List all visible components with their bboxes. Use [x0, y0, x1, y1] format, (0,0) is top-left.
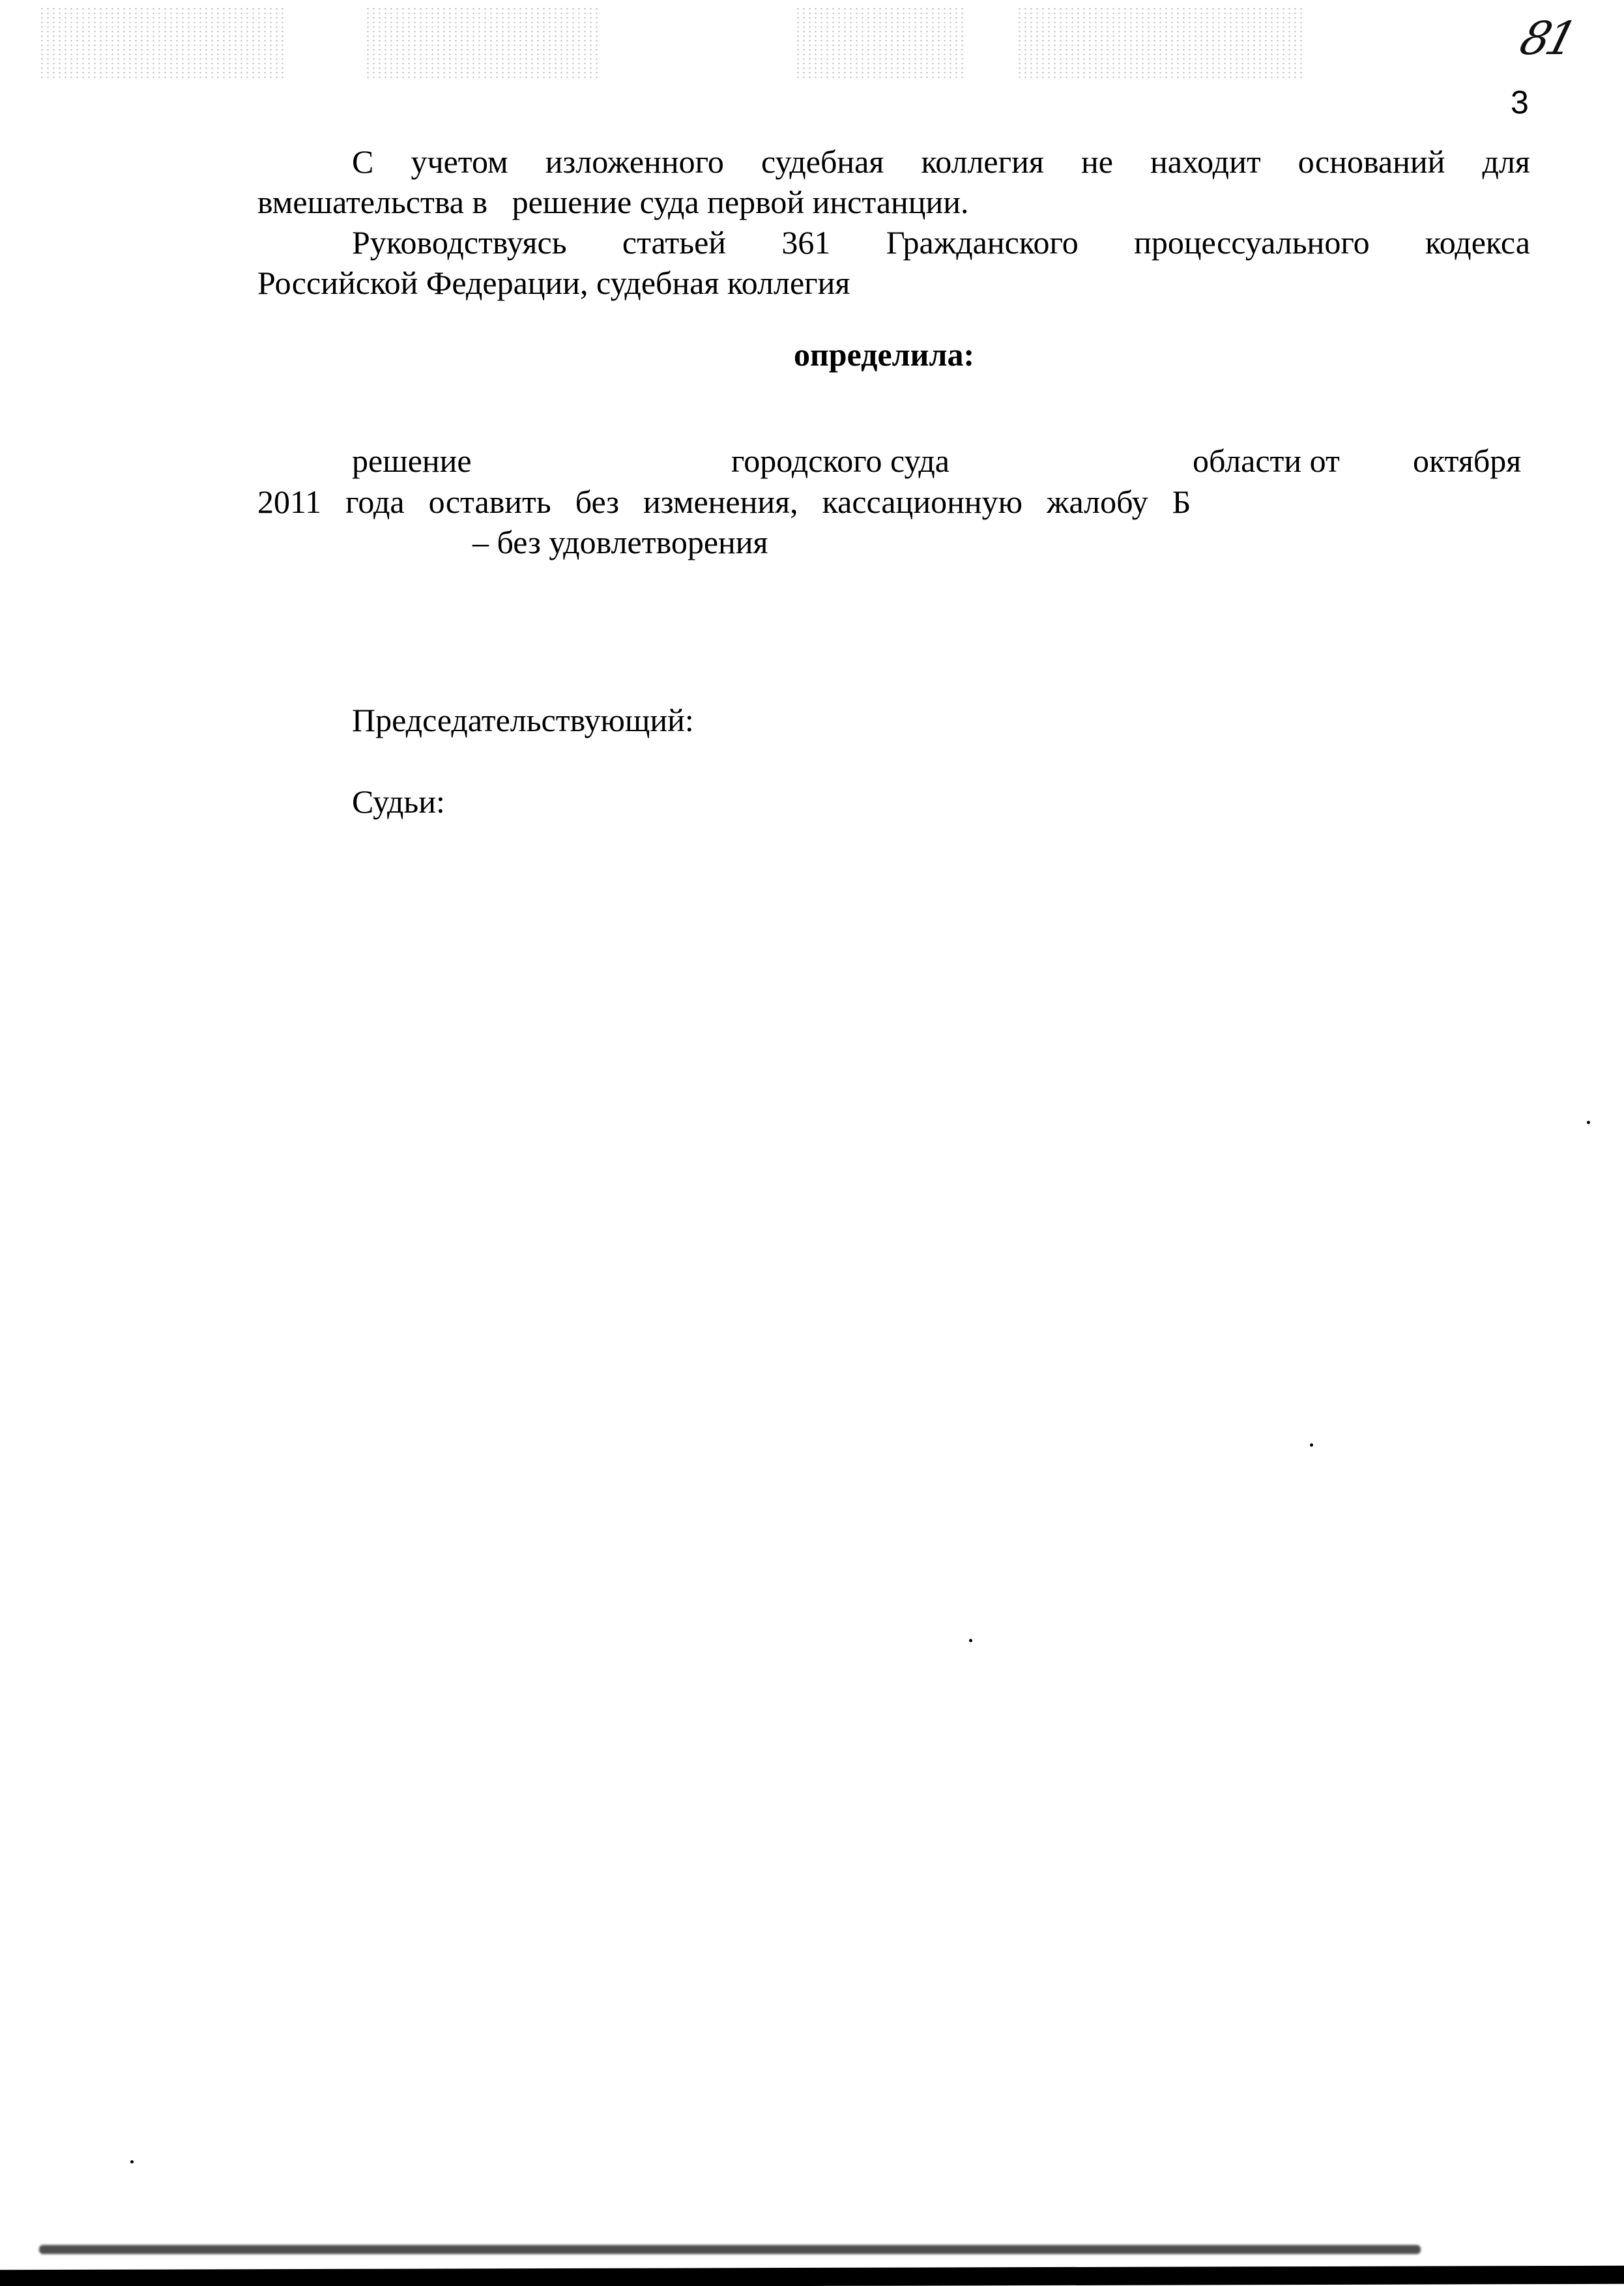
ruling-heading: определила:	[794, 335, 974, 374]
word: кодекса	[1425, 223, 1530, 262]
word: статьей	[622, 223, 726, 262]
page-number: 3	[1511, 83, 1529, 121]
word: оснований	[1298, 142, 1445, 181]
ruling-word-decision: решение	[352, 441, 472, 480]
paragraph-1-line-2: вмешательства в решение суда первой инст…	[257, 182, 969, 222]
ruling-word-region-from: области от	[1193, 441, 1340, 480]
word: Гражданского	[886, 223, 1079, 262]
paragraph-2-line-2: Российской Федерации, судебная коллегия	[257, 263, 850, 302]
scan-edge-smudge	[39, 2245, 1421, 2254]
word: С	[352, 142, 373, 181]
ruling-word-october: октября	[1413, 441, 1521, 480]
word: для	[1483, 142, 1530, 181]
handwritten-page-mark: 81	[1515, 12, 1579, 65]
word: 361	[781, 223, 830, 262]
scan-speck	[1587, 1121, 1590, 1124]
word: Руководствуясь	[352, 223, 567, 262]
scan-noise-top-left	[39, 7, 287, 78]
ruling-line-3: – без удовлетворения	[472, 523, 768, 562]
word: коллегия	[921, 142, 1043, 181]
word: находит	[1150, 142, 1261, 181]
document-page: 81 3 С учетом изложенного судебная колле…	[0, 0, 1624, 2286]
presiding-judge-label: Председательствующий:	[352, 701, 694, 740]
scan-speck	[130, 2160, 134, 2163]
scan-noise-top-mid	[795, 7, 964, 78]
paragraph-2-line-1: Руководствуясь статьей 361 Гражданского …	[352, 223, 1530, 262]
word: не	[1081, 142, 1113, 181]
scan-speck	[1310, 1443, 1313, 1447]
judges-label: Судьи:	[352, 782, 445, 821]
scan-speck	[969, 1639, 972, 1642]
scan-noise-top-center	[365, 7, 600, 78]
scan-noise-top-right	[1017, 7, 1303, 78]
ruling-line-2: 2011 года оставить без изменения, кассац…	[257, 482, 1191, 521]
word: процессуального	[1134, 223, 1369, 262]
ruling-word-city-court: городского суда	[731, 441, 950, 480]
word: судебная	[761, 142, 884, 181]
scan-bottom-edge	[0, 2266, 1624, 2286]
paragraph-1-line-1: С учетом изложенного судебная коллегия н…	[352, 142, 1530, 181]
word: учетом	[411, 142, 508, 181]
word: изложенного	[545, 142, 724, 181]
